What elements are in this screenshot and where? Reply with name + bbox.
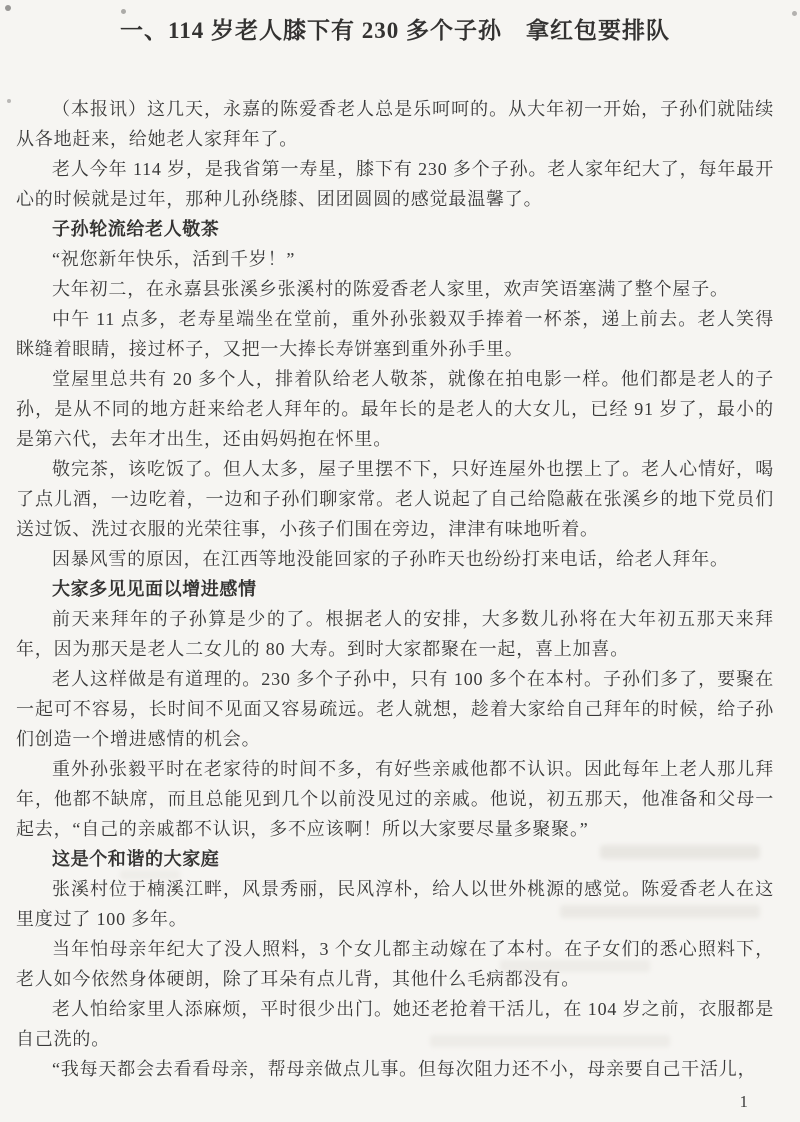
scan-speck <box>7 99 11 103</box>
paragraph: 前天来拜年的子孙算是少的了。根据老人的安排，大多数儿孙将在大年初五那天来拜年，因… <box>16 604 774 664</box>
paragraph: 敬完茶，该吃饭了。但人太多，屋子里摆不下，只好连屋外也摆上了。老人心情好，喝了点… <box>16 454 774 544</box>
scan-speck <box>792 11 797 16</box>
section-heading: 子孙轮流给老人敬茶 <box>16 214 774 244</box>
paragraph: 堂屋里总共有 20 多个人，排着队给老人敬茶，就像在拍电影一样。他们都是老人的子… <box>16 364 774 454</box>
paragraph: 张溪村位于楠溪江畔，风景秀丽，民风淳朴，给人以世外桃源的感觉。陈爱香老人在这里度… <box>16 874 774 934</box>
paragraph: 重外孙张毅平时在老家待的时间不多，有好些亲戚他都不认识。因此每年上老人那儿拜年，… <box>16 754 774 844</box>
article-title: 一、114 岁老人膝下有 230 多个子孙 拿红包要排队 <box>16 14 774 48</box>
article-body: （本报讯）这几天，永嘉的陈爱香老人总是乐呵呵的。从大年初一开始，子孙们就陆续从各… <box>16 94 774 1084</box>
paragraph: 因暴风雪的原因，在江西等地没能回家的子孙昨天也纷纷打来电话，给老人拜年。 <box>16 544 774 574</box>
paragraph: 老人今年 114 岁，是我省第一寿星，膝下有 230 多个子孙。老人家年纪大了，… <box>16 154 774 214</box>
section-heading: 这是个和谐的大家庭 <box>16 844 774 874</box>
paragraph: 当年怕母亲年纪大了没人照料，3 个女儿都主动嫁在了本村。在子女们的悉心照料下，老… <box>16 934 774 994</box>
paragraph: 中午 11 点多，老寿星端坐在堂前，重外孙张毅双手捧着一杯茶，递上前去。老人笑得… <box>16 304 774 364</box>
section-heading: 大家多见见面以增进感情 <box>16 574 774 604</box>
scan-speck <box>5 5 11 11</box>
page-number: 1 <box>740 1092 749 1112</box>
paragraph: 老人怕给家里人添麻烦，平时很少出门。她还老抢着干活儿，在 104 岁之前，衣服都… <box>16 994 774 1054</box>
document-page: 一、114 岁老人膝下有 230 多个子孙 拿红包要排队 （本报讯）这几天，永嘉… <box>0 0 800 1122</box>
paragraph: （本报讯）这几天，永嘉的陈爱香老人总是乐呵呵的。从大年初一开始，子孙们就陆续从各… <box>16 94 774 154</box>
paragraph: 老人这样做是有道理的。230 多个子孙中，只有 100 多个在本村。子孙们多了，… <box>16 664 774 754</box>
paragraph: “祝您新年快乐，活到千岁！” <box>16 244 774 274</box>
paragraph: “我每天都会去看看母亲，帮母亲做点儿事。但每次阻力还不小，母亲要自己干活儿， <box>16 1054 774 1084</box>
paragraph: 大年初二，在永嘉县张溪乡张溪村的陈爱香老人家里，欢声笑语塞满了整个屋子。 <box>16 274 774 304</box>
